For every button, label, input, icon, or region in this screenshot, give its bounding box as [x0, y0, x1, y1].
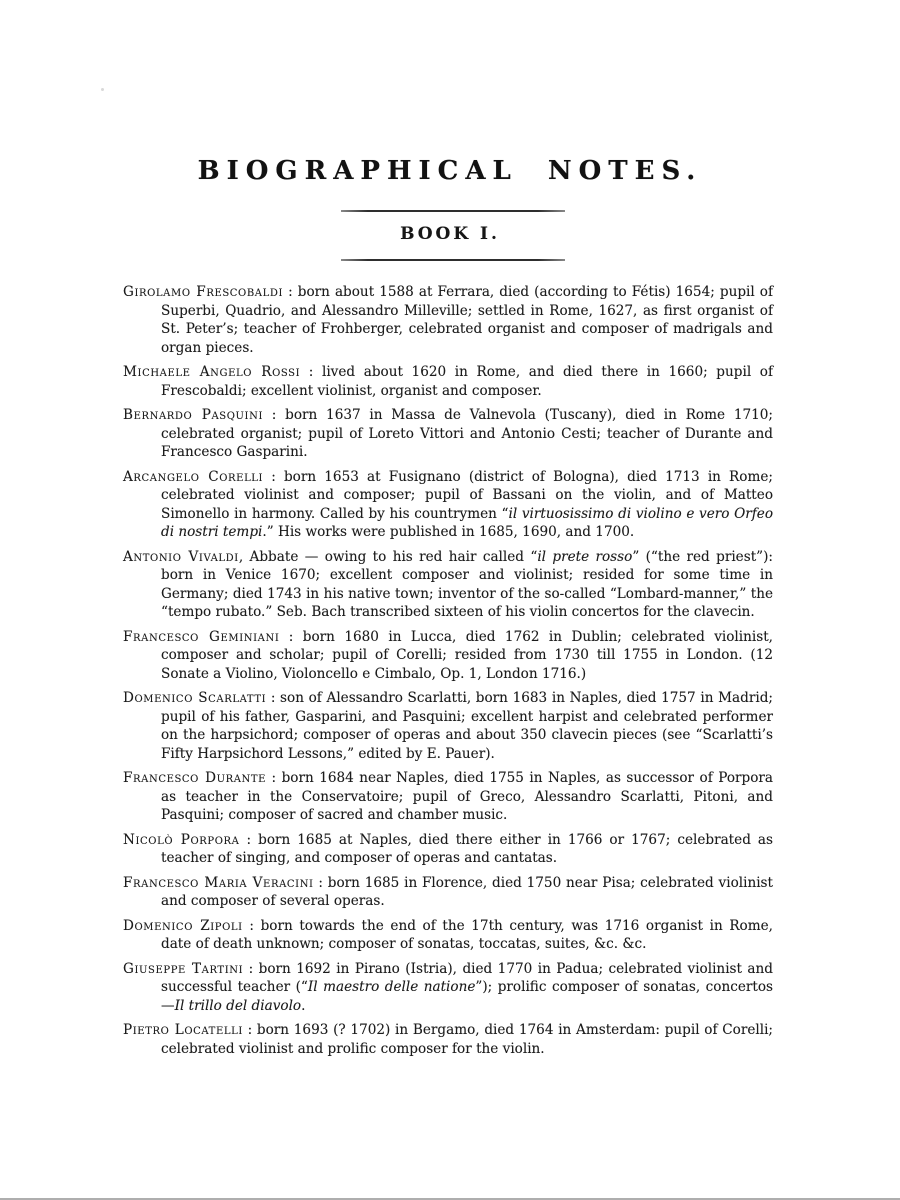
entry-text: : born 1693 (? 1702) in Bergamo, died 17… [161, 1022, 773, 1057]
entry-text-italic: Il trillo del diavolo [175, 998, 302, 1014]
composer-name: Bernardo Pasquini [123, 407, 263, 423]
biography-entry: Pietro Locatelli : born 1693 (? 1702) in… [123, 1021, 773, 1058]
entry-text-italic: il prete rosso [537, 549, 632, 565]
biography-entry: Arcangelo Corelli : born 1653 at Fusigna… [123, 468, 773, 542]
entry-text: , Abbate — owing to his red hair called … [239, 549, 537, 565]
biography-entry: Francesco Geminiani : born 1680 in Lucca… [123, 628, 773, 684]
entry-body: , Abbate — owing to his red hair called … [161, 549, 773, 621]
divider-rule-bottom [341, 259, 565, 261]
entry-text: . [301, 998, 305, 1014]
biography-entry: Girolamo Frescobaldi : born about 1588 a… [123, 283, 773, 357]
biography-entry: Giuseppe Tartini : born 1692 in Pirano (… [123, 960, 773, 1016]
entry-body: : born towards the end of the 17th centu… [161, 918, 773, 953]
divider-rule-top [341, 210, 565, 212]
biography-entry: Bernardo Pasquini : born 1637 in Massa d… [123, 406, 773, 462]
composer-name: Francesco Geminiani [123, 629, 279, 645]
entry-text-italic: Il maestro delle natione [308, 979, 476, 995]
entry-text: : born towards the end of the 17th centu… [161, 918, 773, 953]
scanned-book-page: BIOGRAPHICAL NOTES. BOOK I. Girolamo Fre… [0, 0, 900, 1200]
entry-text: : born 1685 at Naples, died there either… [161, 832, 773, 867]
biography-entry: Domenico Scarlatti : son of Alessandro S… [123, 689, 773, 763]
composer-name: Francesco Durante [123, 770, 266, 786]
composer-name: Pietro Locatelli [123, 1022, 243, 1038]
composer-name: Michaele Angelo Rossi [123, 364, 300, 380]
entries-list: Girolamo Frescobaldi : born about 1588 a… [123, 283, 773, 1064]
scan-speck [101, 88, 104, 91]
composer-name: Girolamo Frescobaldi [123, 284, 283, 300]
composer-name: Nicolò Porpora [123, 832, 240, 848]
biography-entry: Antonio Vivaldi, Abbate — owing to his r… [123, 548, 773, 622]
biography-entry: Francesco Durante : born 1684 near Naple… [123, 769, 773, 825]
composer-name: Francesco Maria Veracini [123, 875, 314, 891]
composer-name: Domenico Zipoli [123, 918, 243, 934]
entry-text: .” His works were published in 1685, 169… [262, 524, 634, 540]
page-title: BIOGRAPHICAL NOTES. [0, 156, 900, 186]
entry-body: : born 1685 at Naples, died there either… [161, 832, 773, 867]
composer-name: Domenico Scarlatti [123, 690, 266, 706]
biography-entry: Francesco Maria Veracini : born 1685 in … [123, 874, 773, 911]
composer-name: Arcangelo Corelli [123, 469, 263, 485]
entry-body: : born 1693 (? 1702) in Bergamo, died 17… [161, 1022, 773, 1057]
biography-entry: Domenico Zipoli : born towards the end o… [123, 917, 773, 954]
entry-body: : born 1692 in Pirano (Istria), died 177… [161, 961, 773, 1014]
biography-entry: Nicolò Porpora : born 1685 at Naples, di… [123, 831, 773, 868]
composer-name: Giuseppe Tartini [123, 961, 243, 977]
book-subtitle: BOOK I. [0, 224, 900, 244]
composer-name: Antonio Vivaldi [123, 549, 239, 565]
biography-entry: Michaele Angelo Rossi : lived about 1620… [123, 363, 773, 400]
